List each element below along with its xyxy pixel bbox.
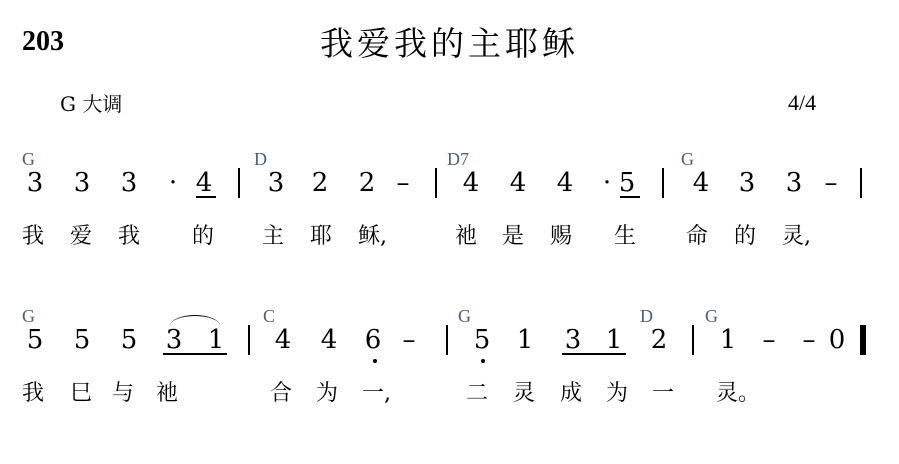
lower-octave-dot	[481, 359, 485, 363]
lyric-syllable: 赐	[550, 224, 572, 250]
lyric-syllable: 与	[112, 381, 134, 407]
note: 4	[270, 325, 296, 355]
barline	[662, 168, 664, 198]
note: 5	[469, 325, 495, 355]
note: 2	[307, 168, 333, 198]
barline	[446, 325, 448, 355]
note: 2	[354, 168, 380, 198]
note: 1	[203, 325, 229, 355]
lyric-syllable: 一,	[362, 381, 391, 407]
slur	[170, 315, 220, 326]
chord-symbol: G	[458, 307, 471, 325]
note: 5	[116, 325, 142, 355]
note: 1	[512, 325, 538, 355]
chord-symbol: G	[681, 150, 694, 168]
final-barline	[860, 325, 866, 355]
lyric-syllable: 灵。	[716, 381, 760, 407]
lyric-syllable: 合	[270, 381, 292, 407]
lyric-syllable: 爱	[70, 224, 92, 250]
lyric-syllable: 耶	[310, 224, 332, 250]
lyric-syllable: 稣,	[358, 224, 387, 250]
note: 3	[263, 168, 289, 198]
note: 4	[458, 168, 484, 198]
note: 3	[560, 325, 586, 355]
sustain-dash: –	[756, 325, 782, 355]
note: 5	[69, 325, 95, 355]
barline	[238, 168, 240, 198]
lyric-syllable: 主	[262, 224, 284, 250]
time-signature: 4/4	[788, 90, 816, 116]
chord-symbol: D	[254, 150, 267, 168]
note: 4	[688, 168, 714, 198]
lyric-syllable: 祂	[156, 381, 178, 407]
key-signature: G 大调	[60, 88, 122, 117]
lyric-syllable: 成	[560, 381, 582, 407]
lyric-syllable: 为	[316, 381, 338, 407]
barline	[435, 168, 437, 198]
barline	[860, 168, 862, 198]
barline	[692, 325, 694, 355]
note: 3	[69, 168, 95, 198]
lower-octave-dot	[373, 359, 377, 363]
lyric-syllable: 我	[22, 224, 44, 250]
note: 3	[781, 168, 807, 198]
sustain-dash: –	[390, 168, 416, 198]
note: 4	[316, 325, 342, 355]
lyric-syllable: 的	[192, 224, 214, 250]
note: 4	[505, 168, 531, 198]
chord-symbol: G	[22, 307, 35, 325]
lyric-syllable: 巳	[70, 381, 92, 407]
lyric-syllable: 一	[652, 381, 674, 407]
eighth-underline	[196, 196, 216, 198]
note: 3	[734, 168, 760, 198]
lyric-syllable: 二	[466, 381, 488, 407]
eighth-underline	[620, 196, 640, 198]
sustain-dash: –	[818, 168, 844, 198]
chord-symbol: D7	[447, 150, 469, 168]
sustain-dash: –	[396, 325, 422, 355]
chord-symbol: G	[705, 307, 718, 325]
chord-symbol: D	[640, 307, 653, 325]
note: 1	[715, 325, 741, 355]
barline	[248, 325, 250, 355]
note: 3	[22, 168, 48, 198]
lyric-syllable: 我	[118, 224, 140, 250]
note: 0	[824, 325, 850, 355]
note: 3	[161, 325, 187, 355]
chord-symbol: G	[22, 150, 35, 168]
lyric-syllable: 的	[734, 224, 756, 250]
lyric-syllable: 祂	[455, 224, 477, 250]
lyric-syllable: 命	[686, 224, 708, 250]
lyric-syllable: 我	[22, 381, 44, 407]
score-line-1: GDD7G333·4322–444·5433–我爱我的主耶稣,祂是赐生命的灵,	[0, 148, 899, 258]
lyric-syllable: 灵,	[782, 224, 811, 250]
dot-augmentation: ·	[160, 168, 186, 198]
note: 6	[360, 325, 386, 355]
note: 1	[601, 325, 627, 355]
note: 5	[22, 325, 48, 355]
note: 2	[646, 325, 672, 355]
chord-symbol: C	[263, 307, 275, 325]
eighth-underline	[562, 353, 626, 355]
lyric-syllable: 为	[606, 381, 628, 407]
sustain-dash: –	[796, 325, 822, 355]
note: 4	[191, 168, 217, 198]
note: 3	[116, 168, 142, 198]
note: 5	[614, 168, 640, 198]
note: 4	[552, 168, 578, 198]
lyric-syllable: 灵	[513, 381, 535, 407]
eighth-underline	[163, 353, 227, 355]
score-line-2: GCGDG55531446–513121––0我巳与祂合为一,二灵成为一灵。	[0, 305, 899, 415]
lyric-syllable: 生	[614, 224, 636, 250]
lyric-syllable: 是	[502, 224, 524, 250]
song-title: 我爱我的主耶稣	[0, 18, 899, 65]
